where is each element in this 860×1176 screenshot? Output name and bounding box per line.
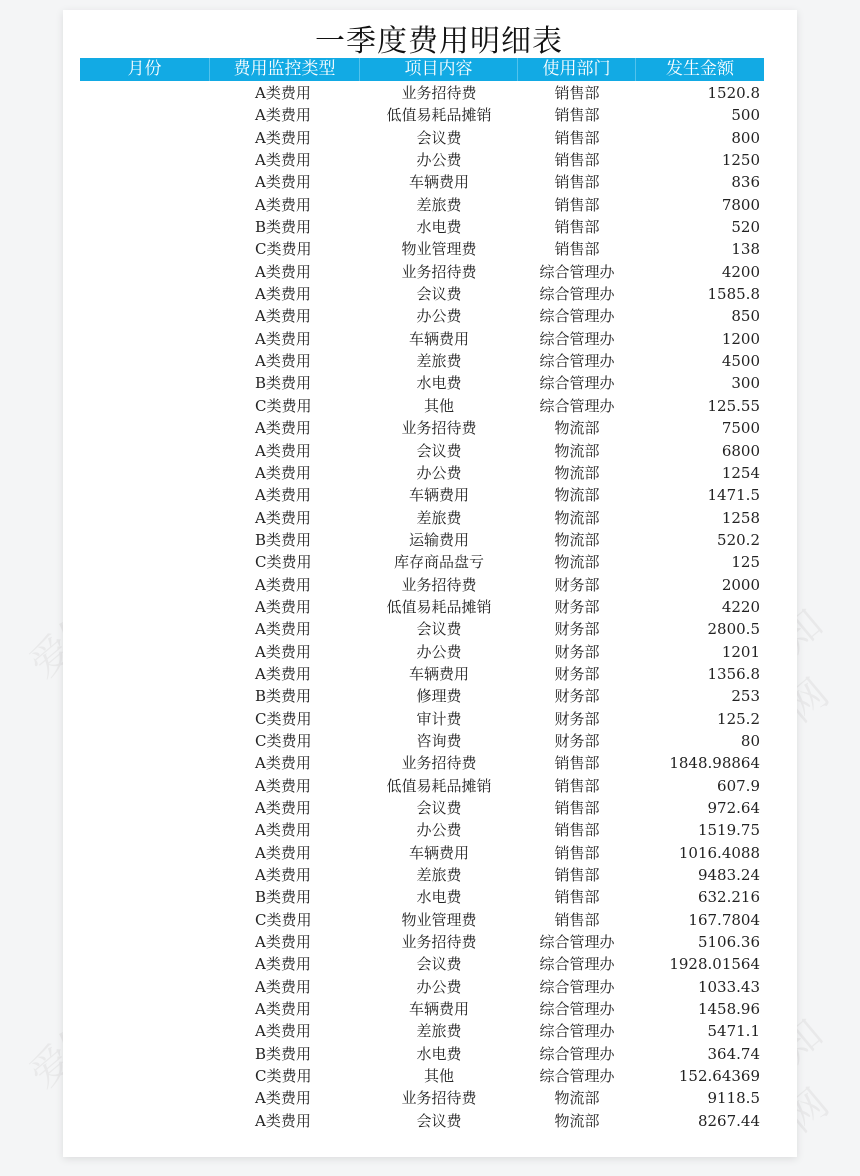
table-row[interactable]: A类费用办公费综合管理办1033.43 <box>80 976 764 998</box>
cell-month[interactable] <box>80 752 210 774</box>
cell-type[interactable]: B类费用 <box>210 529 360 551</box>
cell-type[interactable]: A类费用 <box>210 931 360 953</box>
column-header-type[interactable]: 费用监控类型 <box>210 58 360 81</box>
table-row[interactable]: C类费用其他综合管理办125.55 <box>80 395 764 417</box>
cell-type[interactable]: B类费用 <box>210 372 360 394</box>
cell-type[interactable]: A类费用 <box>210 283 360 305</box>
cell-type[interactable]: A类费用 <box>210 171 360 193</box>
cell-dept[interactable]: 物流部 <box>518 529 636 551</box>
table-row[interactable]: B类费用修理费财务部253 <box>80 685 764 707</box>
cell-type[interactable]: A类费用 <box>210 998 360 1020</box>
cell-type[interactable]: B类费用 <box>210 1043 360 1065</box>
cell-amount[interactable]: 1928.01564 <box>636 953 764 975</box>
cell-month[interactable] <box>80 328 210 350</box>
cell-item[interactable]: 会议费 <box>360 797 518 819</box>
table-row[interactable]: A类费用低值易耗品摊销销售部500 <box>80 104 764 126</box>
cell-dept[interactable]: 销售部 <box>518 104 636 126</box>
cell-month[interactable] <box>80 372 210 394</box>
table-row[interactable]: A类费用业务招待费销售部1848.98864 <box>80 752 764 774</box>
cell-amount[interactable]: 1848.98864 <box>636 752 764 774</box>
table-row[interactable]: C类费用物业管理费销售部138 <box>80 238 764 260</box>
cell-dept[interactable]: 销售部 <box>518 82 636 104</box>
cell-item[interactable]: 其他 <box>360 1065 518 1087</box>
cell-month[interactable] <box>80 462 210 484</box>
cell-month[interactable] <box>80 507 210 529</box>
cell-amount[interactable]: 7800 <box>636 194 764 216</box>
cell-item[interactable]: 业务招待费 <box>360 417 518 439</box>
cell-dept[interactable]: 物流部 <box>518 440 636 462</box>
cell-amount[interactable]: 125.2 <box>636 708 764 730</box>
cell-month[interactable] <box>80 596 210 618</box>
cell-amount[interactable]: 1519.75 <box>636 819 764 841</box>
column-header-month[interactable]: 月份 <box>80 58 210 81</box>
cell-type[interactable]: A类费用 <box>210 440 360 462</box>
table-row[interactable]: A类费用业务招待费销售部1520.8 <box>80 82 764 104</box>
cell-dept[interactable]: 物流部 <box>518 551 636 573</box>
cell-type[interactable]: A类费用 <box>210 149 360 171</box>
cell-item[interactable]: 物业管理费 <box>360 909 518 931</box>
cell-item[interactable]: 低值易耗品摊销 <box>360 596 518 618</box>
cell-dept[interactable]: 财务部 <box>518 596 636 618</box>
cell-type[interactable]: A类费用 <box>210 775 360 797</box>
cell-month[interactable] <box>80 350 210 372</box>
cell-item[interactable]: 业务招待费 <box>360 261 518 283</box>
cell-dept[interactable]: 销售部 <box>518 886 636 908</box>
cell-month[interactable] <box>80 663 210 685</box>
cell-type[interactable]: C类费用 <box>210 395 360 417</box>
cell-dept[interactable]: 销售部 <box>518 149 636 171</box>
cell-dept[interactable]: 物流部 <box>518 417 636 439</box>
table-row[interactable]: A类费用差旅费销售部7800 <box>80 194 764 216</box>
table-row[interactable]: B类费用运输费用物流部520.2 <box>80 529 764 551</box>
cell-type[interactable]: A类费用 <box>210 82 360 104</box>
cell-amount[interactable]: 7500 <box>636 417 764 439</box>
cell-item[interactable]: 会议费 <box>360 1110 518 1132</box>
table-row[interactable]: A类费用车辆费用财务部1356.8 <box>80 663 764 685</box>
cell-dept[interactable]: 综合管理办 <box>518 372 636 394</box>
table-row[interactable]: A类费用办公费销售部1519.75 <box>80 819 764 841</box>
cell-dept[interactable]: 销售部 <box>518 909 636 931</box>
cell-month[interactable] <box>80 283 210 305</box>
cell-month[interactable] <box>80 819 210 841</box>
cell-dept[interactable]: 销售部 <box>518 216 636 238</box>
cell-type[interactable]: A类费用 <box>210 1087 360 1109</box>
cell-amount[interactable]: 1033.43 <box>636 976 764 998</box>
cell-item[interactable]: 办公费 <box>360 641 518 663</box>
table-row[interactable]: A类费用业务招待费综合管理办5106.36 <box>80 931 764 953</box>
expense-sheet: 一季度费用明细表 月份 费用监控类型 项目内容 使用部门 发生金额 A类费用业务… <box>63 10 797 1157</box>
cell-item[interactable]: 会议费 <box>360 127 518 149</box>
cell-dept[interactable]: 综合管理办 <box>518 931 636 953</box>
cell-dept[interactable]: 销售部 <box>518 194 636 216</box>
cell-item[interactable]: 其他 <box>360 395 518 417</box>
cell-month[interactable] <box>80 909 210 931</box>
cell-amount[interactable]: 9118.5 <box>636 1087 764 1109</box>
cell-item[interactable]: 库存商品盘亏 <box>360 551 518 573</box>
cell-amount[interactable]: 167.7804 <box>636 909 764 931</box>
cell-amount[interactable]: 2800.5 <box>636 618 764 640</box>
cell-type[interactable]: A类费用 <box>210 797 360 819</box>
cell-type[interactable]: A类费用 <box>210 641 360 663</box>
cell-amount[interactable]: 253 <box>636 685 764 707</box>
cell-month[interactable] <box>80 171 210 193</box>
cell-month[interactable] <box>80 127 210 149</box>
cell-month[interactable] <box>80 1043 210 1065</box>
cell-item[interactable]: 车辆费用 <box>360 663 518 685</box>
cell-amount[interactable]: 364.74 <box>636 1043 764 1065</box>
cell-amount[interactable]: 1258 <box>636 507 764 529</box>
cell-type[interactable]: A类费用 <box>210 842 360 864</box>
cell-item[interactable]: 差旅费 <box>360 194 518 216</box>
cell-item[interactable]: 低值易耗品摊销 <box>360 104 518 126</box>
cell-dept[interactable]: 销售部 <box>518 752 636 774</box>
cell-type[interactable]: C类费用 <box>210 708 360 730</box>
cell-item[interactable]: 业务招待费 <box>360 574 518 596</box>
cell-item[interactable]: 运输费用 <box>360 529 518 551</box>
cell-type[interactable]: A类费用 <box>210 194 360 216</box>
cell-amount[interactable]: 1520.8 <box>636 82 764 104</box>
cell-month[interactable] <box>80 1110 210 1132</box>
cell-dept[interactable]: 财务部 <box>518 685 636 707</box>
cell-dept[interactable]: 销售部 <box>518 797 636 819</box>
cell-dept[interactable]: 销售部 <box>518 842 636 864</box>
cell-dept[interactable]: 财务部 <box>518 708 636 730</box>
cell-amount[interactable]: 632.216 <box>636 886 764 908</box>
table-row[interactable]: A类费用车辆费用物流部1471.5 <box>80 484 764 506</box>
cell-type[interactable]: A类费用 <box>210 104 360 126</box>
cell-amount[interactable]: 300 <box>636 372 764 394</box>
cell-amount[interactable]: 520 <box>636 216 764 238</box>
table-row[interactable]: A类费用差旅费物流部1258 <box>80 507 764 529</box>
cell-dept[interactable]: 综合管理办 <box>518 1065 636 1087</box>
cell-month[interactable] <box>80 551 210 573</box>
cell-item[interactable]: 业务招待费 <box>360 931 518 953</box>
cell-type[interactable]: A类费用 <box>210 663 360 685</box>
cell-month[interactable] <box>80 797 210 819</box>
cell-amount[interactable]: 152.64369 <box>636 1065 764 1087</box>
cell-dept[interactable]: 物流部 <box>518 484 636 506</box>
cell-amount[interactable]: 1250 <box>636 149 764 171</box>
cell-item[interactable]: 水电费 <box>360 886 518 908</box>
cell-month[interactable] <box>80 1087 210 1109</box>
table-row[interactable]: A类费用低值易耗品摊销销售部607.9 <box>80 775 764 797</box>
cell-month[interactable] <box>80 529 210 551</box>
cell-month[interactable] <box>80 953 210 975</box>
cell-type[interactable]: A类费用 <box>210 484 360 506</box>
cell-dept[interactable]: 综合管理办 <box>518 328 636 350</box>
cell-dept[interactable]: 销售部 <box>518 238 636 260</box>
cell-amount[interactable]: 1254 <box>636 462 764 484</box>
table-row[interactable]: C类费用审计费财务部125.2 <box>80 708 764 730</box>
cell-amount[interactable]: 1200 <box>636 328 764 350</box>
cell-item[interactable]: 审计费 <box>360 708 518 730</box>
table-row[interactable]: C类费用其他综合管理办152.64369 <box>80 1065 764 1087</box>
table-row[interactable]: A类费用会议费物流部6800 <box>80 440 764 462</box>
table-row[interactable]: A类费用业务招待费综合管理办4200 <box>80 261 764 283</box>
cell-item[interactable]: 办公费 <box>360 462 518 484</box>
cell-type[interactable]: A类费用 <box>210 261 360 283</box>
cell-month[interactable] <box>80 305 210 327</box>
table-row[interactable]: A类费用业务招待费物流部7500 <box>80 417 764 439</box>
cell-amount[interactable]: 1201 <box>636 641 764 663</box>
table-row[interactable]: C类费用咨询费财务部80 <box>80 730 764 752</box>
cell-amount[interactable]: 500 <box>636 104 764 126</box>
cell-item[interactable]: 水电费 <box>360 1043 518 1065</box>
cell-amount[interactable]: 800 <box>636 127 764 149</box>
cell-amount[interactable]: 6800 <box>636 440 764 462</box>
cell-dept[interactable]: 综合管理办 <box>518 350 636 372</box>
cell-item[interactable]: 物业管理费 <box>360 238 518 260</box>
cell-month[interactable] <box>80 618 210 640</box>
cell-amount[interactable]: 4220 <box>636 596 764 618</box>
cell-type[interactable]: C类费用 <box>210 551 360 573</box>
sheet-title: 一季度费用明细表 <box>63 24 797 60</box>
cell-item[interactable]: 咨询费 <box>360 730 518 752</box>
table-body: A类费用业务招待费销售部1520.8A类费用低值易耗品摊销销售部500A类费用会… <box>80 82 764 1132</box>
cell-dept[interactable]: 综合管理办 <box>518 261 636 283</box>
cell-item[interactable]: 会议费 <box>360 953 518 975</box>
cell-amount[interactable]: 5471.1 <box>636 1020 764 1042</box>
cell-item[interactable]: 业务招待费 <box>360 82 518 104</box>
cell-dept[interactable]: 综合管理办 <box>518 1020 636 1042</box>
table-row[interactable]: A类费用会议费综合管理办1928.01564 <box>80 953 764 975</box>
cell-month[interactable] <box>80 842 210 864</box>
cell-month[interactable] <box>80 1065 210 1087</box>
table-row[interactable]: A类费用差旅费综合管理办4500 <box>80 350 764 372</box>
table-row[interactable]: A类费用办公费销售部1250 <box>80 149 764 171</box>
cell-dept[interactable]: 销售部 <box>518 775 636 797</box>
cell-amount[interactable]: 607.9 <box>636 775 764 797</box>
cell-amount[interactable]: 4200 <box>636 261 764 283</box>
cell-item[interactable]: 会议费 <box>360 440 518 462</box>
cell-dept[interactable]: 物流部 <box>518 1110 636 1132</box>
cell-type[interactable]: A类费用 <box>210 819 360 841</box>
cell-month[interactable] <box>80 238 210 260</box>
cell-dept[interactable]: 财务部 <box>518 730 636 752</box>
cell-dept[interactable]: 综合管理办 <box>518 976 636 998</box>
cell-month[interactable] <box>80 998 210 1020</box>
cell-amount[interactable]: 138 <box>636 238 764 260</box>
cell-type[interactable]: A类费用 <box>210 618 360 640</box>
cell-type[interactable]: A类费用 <box>210 574 360 596</box>
cell-month[interactable] <box>80 484 210 506</box>
cell-dept[interactable]: 财务部 <box>518 574 636 596</box>
cell-amount[interactable]: 972.64 <box>636 797 764 819</box>
cell-dept[interactable]: 财务部 <box>518 641 636 663</box>
cell-item[interactable]: 车辆费用 <box>360 842 518 864</box>
cell-type[interactable]: A类费用 <box>210 1020 360 1042</box>
cell-type[interactable]: A类费用 <box>210 752 360 774</box>
cell-item[interactable]: 办公费 <box>360 819 518 841</box>
cell-amount[interactable]: 80 <box>636 730 764 752</box>
cell-month[interactable] <box>80 931 210 953</box>
cell-month[interactable] <box>80 417 210 439</box>
cell-type[interactable]: C类费用 <box>210 730 360 752</box>
cell-type[interactable]: C类费用 <box>210 1065 360 1087</box>
cell-dept[interactable]: 综合管理办 <box>518 1043 636 1065</box>
table-row[interactable]: A类费用车辆费用综合管理办1200 <box>80 328 764 350</box>
cell-type[interactable]: A类费用 <box>210 127 360 149</box>
column-header-item[interactable]: 项目内容 <box>360 58 518 81</box>
table-row[interactable]: A类费用差旅费销售部9483.24 <box>80 864 764 886</box>
cell-amount[interactable]: 1016.4088 <box>636 842 764 864</box>
cell-item[interactable]: 低值易耗品摊销 <box>360 775 518 797</box>
cell-month[interactable] <box>80 216 210 238</box>
cell-amount[interactable]: 850 <box>636 305 764 327</box>
table-row[interactable]: B类费用水电费销售部632.216 <box>80 886 764 908</box>
cell-amount[interactable]: 125.55 <box>636 395 764 417</box>
cell-type[interactable]: A类费用 <box>210 305 360 327</box>
cell-month[interactable] <box>80 708 210 730</box>
cell-dept[interactable]: 物流部 <box>518 462 636 484</box>
table-row[interactable]: C类费用物业管理费销售部167.7804 <box>80 909 764 931</box>
cell-dept[interactable]: 综合管理办 <box>518 998 636 1020</box>
table-row[interactable]: A类费用车辆费用综合管理办1458.96 <box>80 998 764 1020</box>
cell-type[interactable]: A类费用 <box>210 1110 360 1132</box>
cell-item[interactable]: 办公费 <box>360 976 518 998</box>
cell-amount[interactable]: 2000 <box>636 574 764 596</box>
cell-type[interactable]: B类费用 <box>210 685 360 707</box>
table-row[interactable]: A类费用办公费物流部1254 <box>80 462 764 484</box>
cell-dept[interactable]: 销售部 <box>518 819 636 841</box>
table-row[interactable]: A类费用会议费销售部972.64 <box>80 797 764 819</box>
cell-amount[interactable]: 5106.36 <box>636 931 764 953</box>
cell-type[interactable]: C类费用 <box>210 909 360 931</box>
cell-dept[interactable]: 物流部 <box>518 507 636 529</box>
cell-item[interactable]: 业务招待费 <box>360 752 518 774</box>
cell-amount[interactable]: 1356.8 <box>636 663 764 685</box>
cell-item[interactable]: 水电费 <box>360 372 518 394</box>
cell-month[interactable] <box>80 82 210 104</box>
cell-dept[interactable]: 销售部 <box>518 127 636 149</box>
cell-type[interactable]: A类费用 <box>210 864 360 886</box>
cell-dept[interactable]: 财务部 <box>518 663 636 685</box>
cell-dept[interactable]: 物流部 <box>518 1087 636 1109</box>
table-row[interactable]: A类费用差旅费综合管理办5471.1 <box>80 1020 764 1042</box>
cell-month[interactable] <box>80 574 210 596</box>
cell-type[interactable]: A类费用 <box>210 417 360 439</box>
table-row[interactable]: A类费用低值易耗品摊销财务部4220 <box>80 596 764 618</box>
cell-type[interactable]: A类费用 <box>210 596 360 618</box>
cell-amount[interactable]: 1471.5 <box>636 484 764 506</box>
cell-month[interactable] <box>80 730 210 752</box>
cell-item[interactable]: 业务招待费 <box>360 1087 518 1109</box>
cell-month[interactable] <box>80 886 210 908</box>
cell-month[interactable] <box>80 976 210 998</box>
table-row[interactable]: A类费用办公费财务部1201 <box>80 641 764 663</box>
cell-item[interactable]: 会议费 <box>360 283 518 305</box>
table-row[interactable]: A类费用车辆费用销售部836 <box>80 171 764 193</box>
cell-month[interactable] <box>80 1020 210 1042</box>
table-row[interactable]: A类费用会议费物流部8267.44 <box>80 1110 764 1132</box>
cell-type[interactable]: A类费用 <box>210 462 360 484</box>
cell-amount[interactable]: 125 <box>636 551 764 573</box>
cell-amount[interactable]: 1458.96 <box>636 998 764 1020</box>
table-row[interactable]: A类费用会议费综合管理办1585.8 <box>80 283 764 305</box>
table-row[interactable]: A类费用会议费销售部800 <box>80 127 764 149</box>
cell-dept[interactable]: 销售部 <box>518 864 636 886</box>
cell-type[interactable]: B类费用 <box>210 216 360 238</box>
cell-amount[interactable]: 520.2 <box>636 529 764 551</box>
cell-item[interactable]: 差旅费 <box>360 1020 518 1042</box>
table-row[interactable]: A类费用车辆费用销售部1016.4088 <box>80 842 764 864</box>
cell-type[interactable]: C类费用 <box>210 238 360 260</box>
cell-item[interactable]: 水电费 <box>360 216 518 238</box>
cell-month[interactable] <box>80 395 210 417</box>
cell-item[interactable]: 差旅费 <box>360 507 518 529</box>
cell-type[interactable]: A类费用 <box>210 328 360 350</box>
cell-type[interactable]: B类费用 <box>210 886 360 908</box>
cell-month[interactable] <box>80 685 210 707</box>
cell-item[interactable]: 车辆费用 <box>360 998 518 1020</box>
cell-item[interactable]: 差旅费 <box>360 864 518 886</box>
cell-month[interactable] <box>80 104 210 126</box>
table-row[interactable]: A类费用业务招待费物流部9118.5 <box>80 1087 764 1109</box>
cell-type[interactable]: A类费用 <box>210 507 360 529</box>
cell-amount[interactable]: 9483.24 <box>636 864 764 886</box>
cell-month[interactable] <box>80 194 210 216</box>
cell-item[interactable]: 修理费 <box>360 685 518 707</box>
cell-dept[interactable]: 综合管理办 <box>518 305 636 327</box>
cell-dept[interactable]: 销售部 <box>518 171 636 193</box>
table-row[interactable]: B类费用水电费综合管理办300 <box>80 372 764 394</box>
cell-amount[interactable]: 836 <box>636 171 764 193</box>
table-row[interactable]: C类费用库存商品盘亏物流部125 <box>80 551 764 573</box>
table-row[interactable]: B类费用水电费销售部520 <box>80 216 764 238</box>
cell-item[interactable]: 车辆费用 <box>360 171 518 193</box>
cell-dept[interactable]: 综合管理办 <box>518 283 636 305</box>
cell-month[interactable] <box>80 775 210 797</box>
cell-month[interactable] <box>80 641 210 663</box>
cell-type[interactable]: A类费用 <box>210 953 360 975</box>
cell-item[interactable]: 车辆费用 <box>360 328 518 350</box>
cell-item[interactable]: 办公费 <box>360 305 518 327</box>
cell-month[interactable] <box>80 149 210 171</box>
cell-amount[interactable]: 1585.8 <box>636 283 764 305</box>
cell-item[interactable]: 差旅费 <box>360 350 518 372</box>
cell-month[interactable] <box>80 440 210 462</box>
cell-amount[interactable]: 8267.44 <box>636 1110 764 1132</box>
table-row[interactable]: A类费用会议费财务部2800.5 <box>80 618 764 640</box>
table-row[interactable]: B类费用水电费综合管理办364.74 <box>80 1043 764 1065</box>
cell-dept[interactable]: 综合管理办 <box>518 953 636 975</box>
cell-item[interactable]: 办公费 <box>360 149 518 171</box>
cell-dept[interactable]: 综合管理办 <box>518 395 636 417</box>
cell-item[interactable]: 车辆费用 <box>360 484 518 506</box>
cell-dept[interactable]: 财务部 <box>518 618 636 640</box>
table-row[interactable]: A类费用业务招待费财务部2000 <box>80 574 764 596</box>
cell-type[interactable]: A类费用 <box>210 350 360 372</box>
cell-month[interactable] <box>80 261 210 283</box>
cell-item[interactable]: 会议费 <box>360 618 518 640</box>
table-header: 月份 费用监控类型 项目内容 使用部门 发生金额 <box>80 58 764 81</box>
column-header-dept[interactable]: 使用部门 <box>518 58 636 81</box>
cell-amount[interactable]: 4500 <box>636 350 764 372</box>
table-row[interactable]: A类费用办公费综合管理办850 <box>80 305 764 327</box>
cell-month[interactable] <box>80 864 210 886</box>
cell-type[interactable]: A类费用 <box>210 976 360 998</box>
column-header-amount[interactable]: 发生金额 <box>636 58 764 81</box>
